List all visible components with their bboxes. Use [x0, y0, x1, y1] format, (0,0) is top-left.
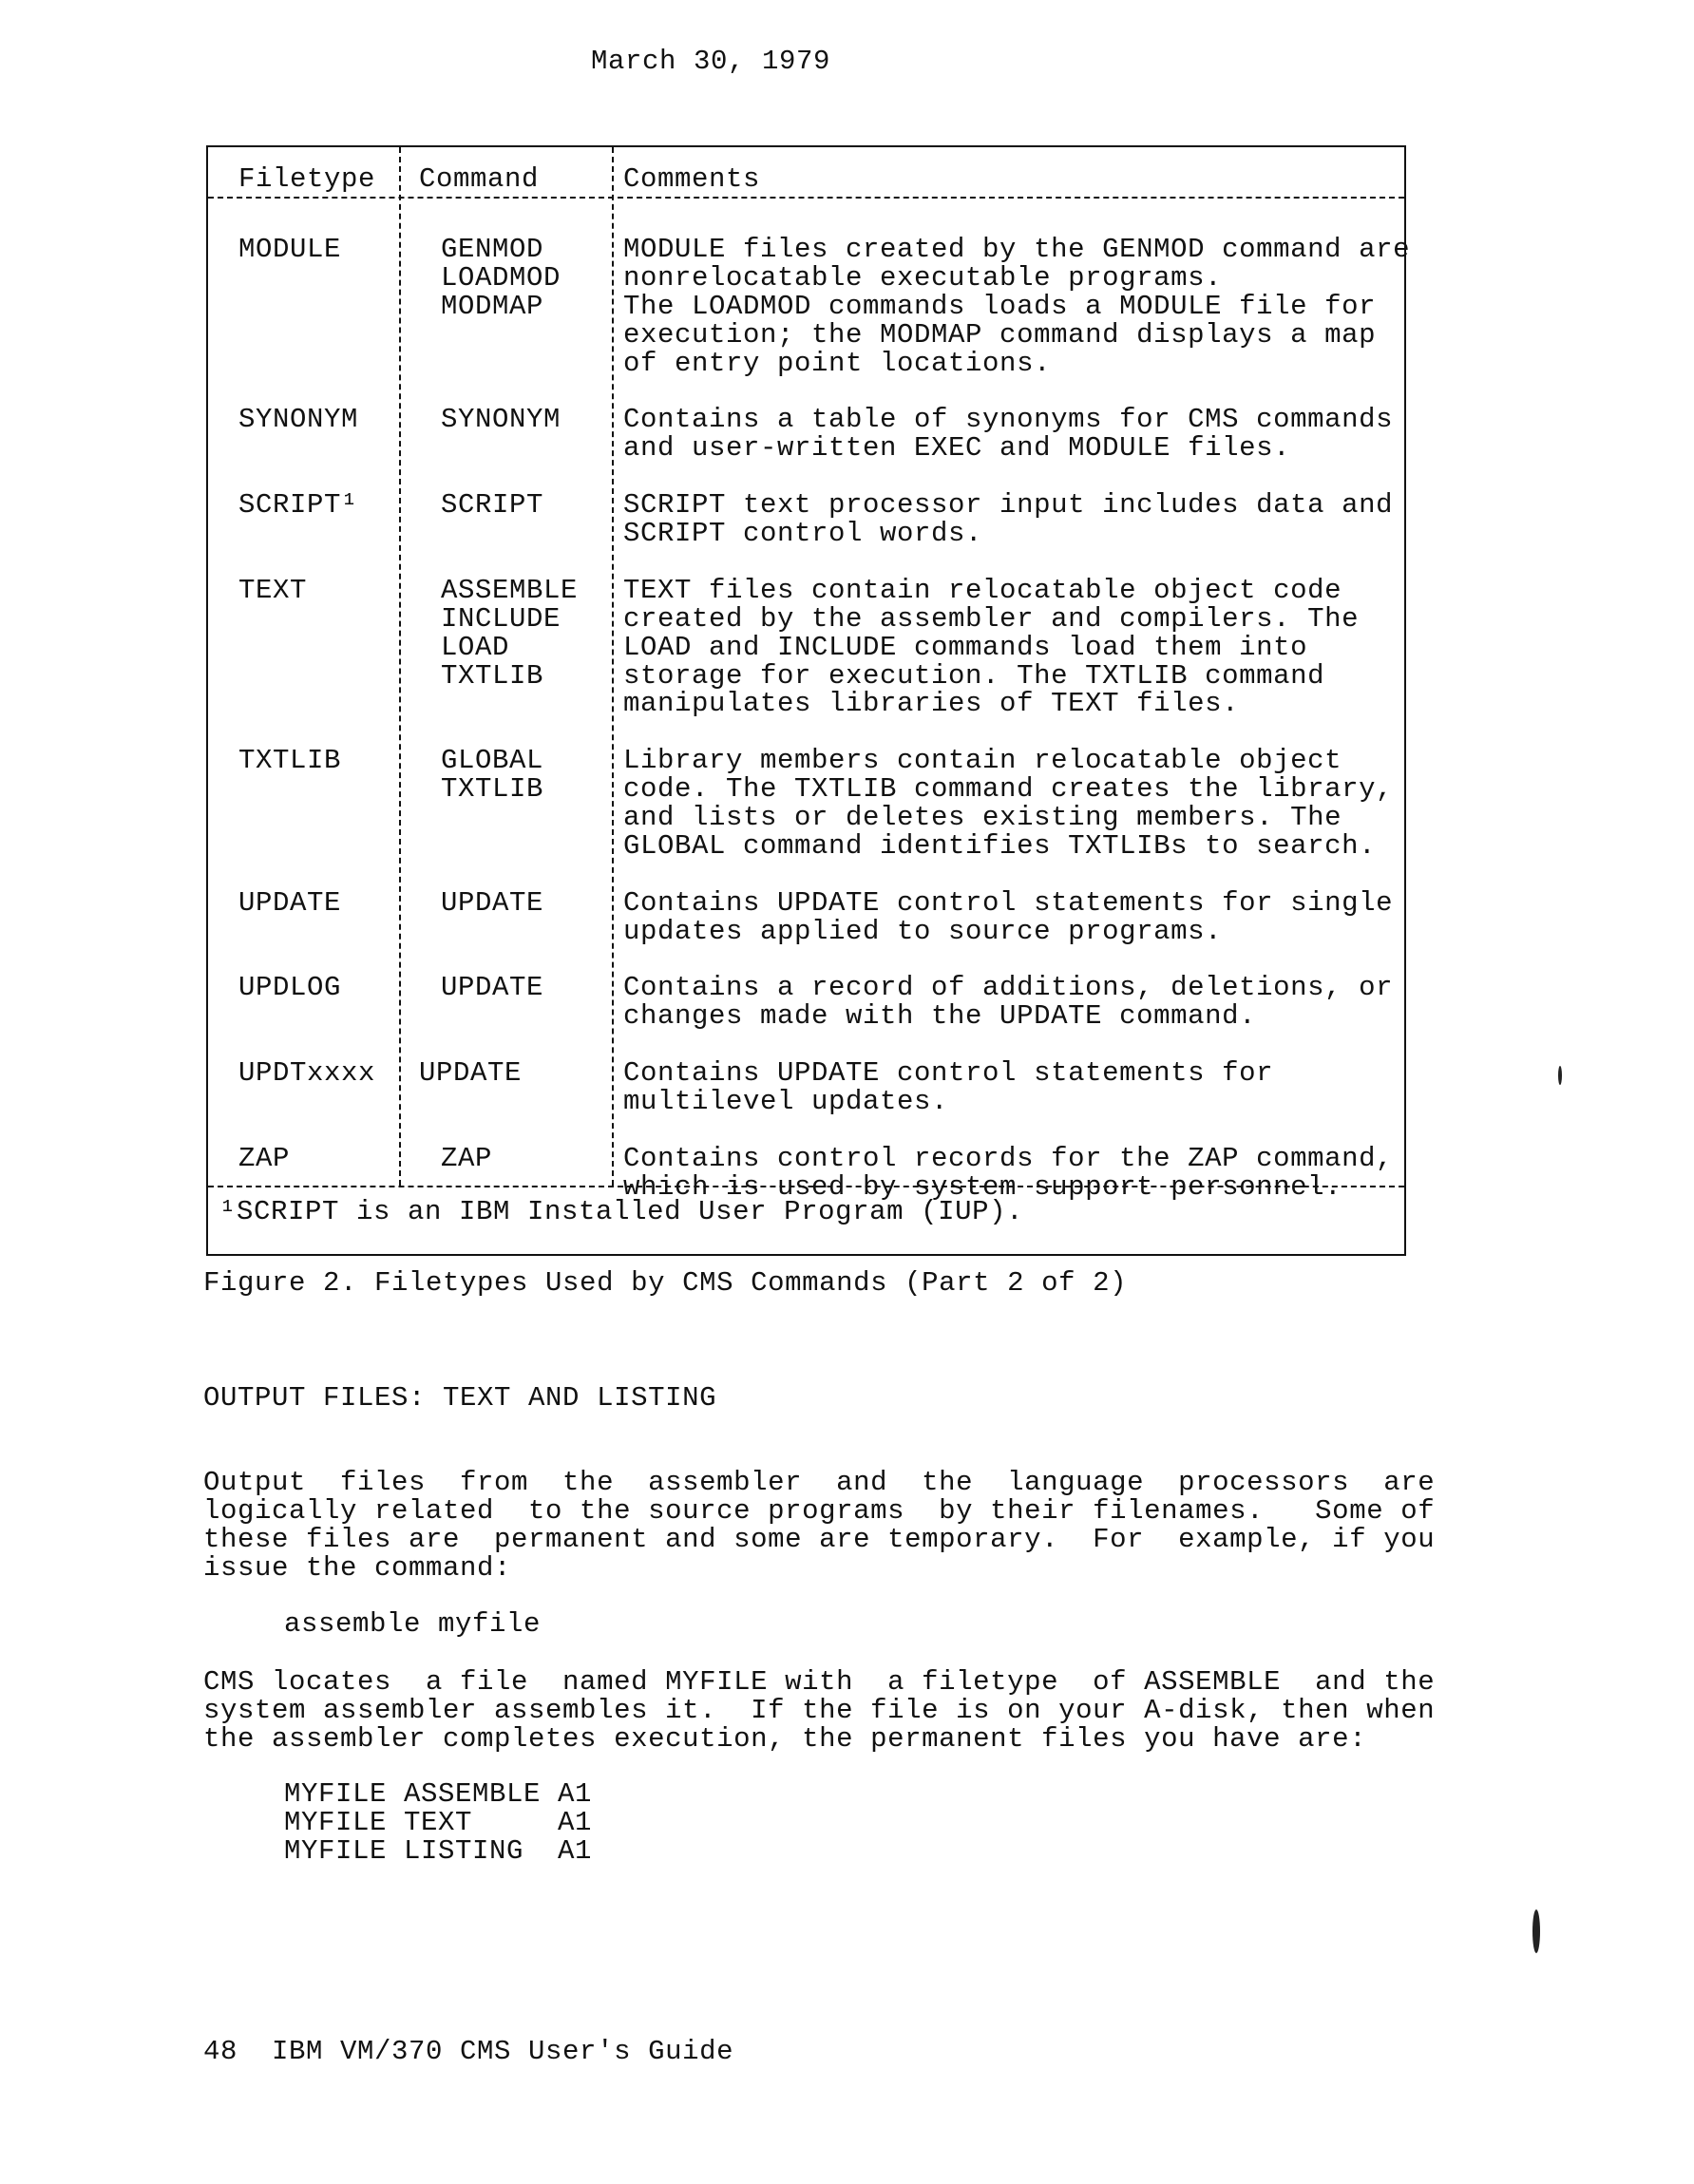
cell-comments: MODULE files created by the GENMOD comma… [623, 236, 1410, 378]
cell-filetype: ZAP [238, 1145, 290, 1173]
cell-comments: Contains a record of additions, deletion… [623, 974, 1393, 1031]
cell-filetype: SYNONYM [238, 406, 358, 434]
cell-comments: Library members contain relocatable obje… [623, 747, 1393, 861]
table-footnote: ¹SCRIPT is an IBM Installed User Program… [219, 1198, 1023, 1226]
cell-filetype: UPDLOG [238, 974, 341, 1002]
cell-comments: Contains control records for the ZAP com… [623, 1145, 1393, 1202]
scan-artifact [1532, 1909, 1540, 1953]
figure-caption: Figure 2. Filetypes Used by CMS Commands… [203, 1269, 1127, 1298]
cell-command: SYNONYM [441, 406, 561, 434]
body-paragraph: CMS locates a file named MYFILE with a f… [203, 1668, 1435, 1754]
scan-artifact [1558, 1066, 1562, 1085]
column-header-comments: Comments [623, 165, 760, 194]
file-list: MYFILE ASSEMBLE A1 MYFILE TEXT A1 MYFILE… [284, 1780, 592, 1866]
cell-command: UPDATE [441, 889, 543, 918]
cell-comments: TEXT files contain relocatable object co… [623, 577, 1359, 719]
cell-filetype: TXTLIB [238, 747, 341, 775]
cell-command: UPDATE [419, 1059, 522, 1088]
column-header-filetype: Filetype [238, 165, 375, 194]
cell-command: SCRIPT [441, 491, 543, 520]
filetypes-table: Filetype Command Comments MODULEGENMOD L… [206, 145, 1406, 1256]
header-divider [208, 197, 1404, 199]
section-heading: OUTPUT FILES: TEXT AND LISTING [203, 1384, 716, 1413]
column-divider [612, 147, 614, 1186]
page-date: March 30, 1979 [591, 47, 830, 76]
cell-command: ASSEMBLE INCLUDE LOAD TXTLIB [441, 577, 578, 691]
cell-command: GLOBAL TXTLIB [441, 747, 543, 804]
cell-filetype: SCRIPT¹ [238, 491, 358, 520]
body-paragraph: Output files from the assembler and the … [203, 1469, 1435, 1583]
cell-comments: Contains UPDATE control statements for s… [623, 889, 1393, 946]
cell-filetype: MODULE [238, 236, 341, 264]
cell-command: ZAP [441, 1145, 492, 1173]
page-footer: 48 IBM VM/370 CMS User's Guide [203, 2038, 733, 2066]
cell-comments: Contains a table of synonyms for CMS com… [623, 406, 1393, 463]
cell-filetype: UPDTxxxx [238, 1059, 375, 1088]
column-divider [399, 147, 401, 1186]
column-header-command: Command [419, 165, 539, 194]
cell-filetype: TEXT [238, 577, 307, 605]
cell-filetype: UPDATE [238, 889, 341, 918]
command-example: assemble myfile [284, 1610, 541, 1639]
cell-command: UPDATE [441, 974, 543, 1002]
cell-command: GENMOD LOADMOD MODMAP [441, 236, 561, 321]
cell-comments: Contains UPDATE control statements for m… [623, 1059, 1273, 1116]
cell-comments: SCRIPT text processor input includes dat… [623, 491, 1393, 548]
